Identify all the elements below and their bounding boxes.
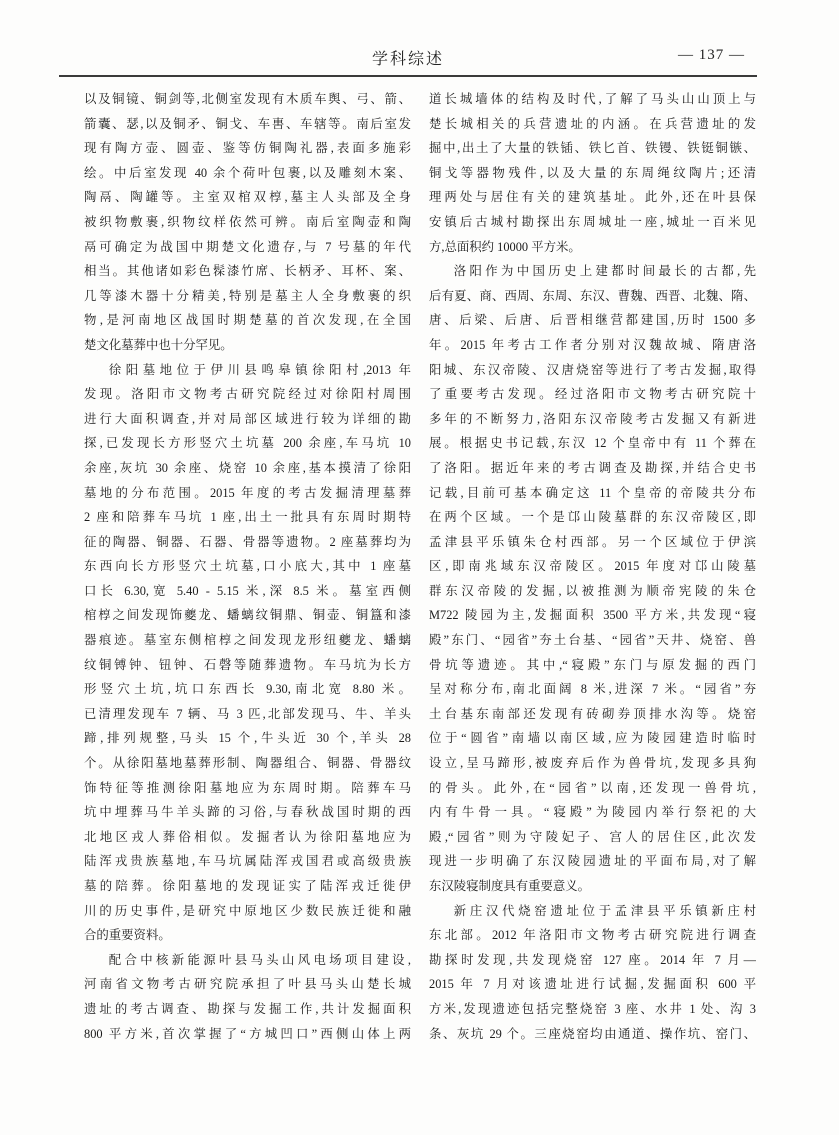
text-line: 掘中,出土了大量的铁锸、铁匕首、铁镘、铁铤铜镞、 [429,136,756,161]
text-line: 孟津县平乐镇朱仓村西部。另一个区域位于伊滨 [429,530,756,555]
journal-page: 学科综述 — 137 — 以及铜镜、铜剑等,北侧室发现有木质车舆、弓、箭、箭囊、… [0,0,839,1135]
text-line: 棺椁之间发现饰夔龙、蟠螭纹铜鼎、铜壶、铜簋和漆 [84,603,411,628]
text-line: 进行大面积调查,并对局部区域进行较为详细的勘 [84,407,411,432]
text-line: 个。从徐阳墓地墓葬形制、陶器组合、铜器、骨器纹 [84,751,411,776]
text-line: 洛阳作为中国历史上建都时间最长的古都,先 [429,259,756,284]
text-line: 楚文化墓葬中也十分罕见。 [84,333,411,358]
text-line: 2 座和陪葬车马坑 1 座,出土一批具有东周时期特 [84,505,411,530]
text-line: 合的重要资料。 [84,923,411,948]
text-line: 绘。中后室发现 40 余个荷叶包裹,以及雕刻木案、 [84,161,411,186]
text-line: 群东汉帝陵的发掘,以被推测为顺帝宪陵的朱仓 [429,579,756,604]
text-line: 北地区戎人葬俗相似。发掘者认为徐阳墓地应为 [84,825,411,850]
text-line: 呈对称分布,南北面阔 8 米,进深 7 米。“园省”夯 [429,677,756,702]
text-line: 陆浑戎贵族墓地,车马坑属陆浑戎国君或高级贵族 [84,849,411,874]
text-line: 东西向长方形竖穴土坑墓,口小底大,其中 1 座墓 [84,554,411,579]
left-text-column: 以及铜镜、铜剑等,北侧室发现有木质车舆、弓、箭、箭囊、瑟,以及铜矛、铜戈、车軎、… [84,87,411,1046]
text-line: 陶鬲、陶罐等。主室双棺双椁,墓主人头部及全身 [84,185,411,210]
text-line: 位于“圆省”南墙以南区域,应为陵园建造时临时 [429,726,756,751]
page-number: — 137 — [678,47,745,64]
text-line: 探,已发现长方形竖穴土坑墓 200 余座,车马坑 10 [84,431,411,456]
text-line: 年。2015 年考古工作者分别对汉魏故城、隋唐洛 [429,333,756,358]
text-line: 在两个区域。一个是邙山陵墓群的东汉帝陵区,即 [429,505,756,530]
text-line: 殿”东门、“园省”夯土台基、“园省”天井、烧窑、兽 [429,628,756,653]
text-line: 条、灰坑 29 个。三座烧窑均由通道、操作坑、窑门、 [429,1022,756,1047]
text-line: 记载,目前可基本确定这 11 个皇帝的帝陵共分布 [429,481,756,506]
text-line: 鬲可确定为战国中期楚文化遗存,与 7 号墓的年代 [84,235,411,260]
text-columns: 以及铜镜、铜剑等,北侧室发现有木质车舆、弓、箭、箭囊、瑟,以及铜矛、铜戈、车軎、… [84,87,756,1046]
text-line: 墓的陪葬。徐阳墓地的发现证实了陆浑戎迁徙伊 [84,874,411,899]
text-line: 多年的不断努力,洛阳东汉帝陵考古发掘又有新进 [429,407,756,432]
text-line: 纹铜镈钟、钮钟、石磬等随葬遗物。车马坑为长方 [84,653,411,678]
text-line: 已清理发现车 7 辆、马 3 匹,北部发现马、牛、羊头 [84,702,411,727]
text-line: 箭囊、瑟,以及铜矛、铜戈、车軎、车辖等。南后室发 [84,112,411,137]
text-line: 阳城、东汉帝陵、汉唐烧窑等进行了考古发掘,取得 [429,358,756,383]
text-line: 余座,灰坑 30 余座、烧窑 10 余座,基本摸清了徐阳 [84,456,411,481]
text-line: 方,总面积约 10000 平方米。 [429,235,756,260]
text-line: 理两处与居住有关的建筑基址。此外,还在叶县保 [429,185,756,210]
text-line: 东汉陵寝制度具有重要意义。 [429,874,756,899]
text-line: 设立,呈马蹄形,被废弃后作为兽骨坑,发现多具狗 [429,751,756,776]
text-line: 川的历史事件,是研究中原地区少数民族迁徙和融 [84,899,411,924]
text-line: 器痕迹。墓室东侧棺椁之间发现龙形纽夔龙、蟠螭 [84,628,411,653]
text-line: 800 平方米,首次掌握了“方城凹口”西侧山体上两 [84,1022,411,1047]
text-line: 安镇后古城村勘探出东周城址一座,城址一百米见 [429,210,756,235]
text-line: 发现。洛阳市文物考古研究院经过对徐阳村周围 [84,382,411,407]
text-line: 相当。其他诸如彩色髹漆竹席、长柄矛、耳杯、案、 [84,259,411,284]
text-line: 勘探时发现,共发现烧窑 127 座。2014 年 7 月— [429,948,756,973]
text-line: 展。根据史书记载,东汉 12 个皇帝中有 11 个葬在 [429,431,756,456]
running-head-section-title: 学科综述 [59,46,757,69]
text-line: 被织物敷裹,织物纹样依然可辨。南后室陶壶和陶 [84,210,411,235]
text-line: 的骨头。此外,在“园省”以南,还发现一兽骨坑, [429,776,756,801]
text-line: 徐阳墓地位于伊川县鸣皋镇徐阳村,2013 年 [84,358,411,383]
text-line: 骨坑等遗迹。其中,“寝殿”东门与原发掘的西门 [429,653,756,678]
text-line: 土台基东南部还发现有砖砌券顶排水沟等。烧窑 [429,702,756,727]
text-line: 征的陶器、铜器、石器、骨器等遗物。2 座墓葬均为 [84,530,411,555]
text-line: 道长城墙体的结构及时代,了解了马头山山顶上与 [429,87,756,112]
text-line: 了洛阳。据近年来的考古调查及勘探,并结合史书 [429,456,756,481]
text-line: 蹄,排列规整,马头 15 个,牛头近 30 个,羊头 28 [84,726,411,751]
text-line: 了重要考古发现。经过洛阳市文物考古研究院十 [429,382,756,407]
header-rule-divider [59,75,757,77]
text-line: 新庄汉代烧窑遗址位于孟津县平乐镇新庄村 [429,899,756,924]
text-line: 现进一步明确了东汉陵园遗址的平面布局,对了解 [429,849,756,874]
text-line: 几等漆木器十分精美,特别是墓主人全身敷裹的织 [84,284,411,309]
text-line: 形竖穴土坑,坑口东西长 9.30,南北宽 8.80 米。 [84,677,411,702]
text-line: 唐、后梁、后唐、后晋相继营都建国,历时 1500 多 [429,308,756,333]
text-line: 遗址的考古调查、勘探与发掘工作,共计发掘面积 [84,997,411,1022]
text-line: M722 陵园为主,发掘面积 3500 平方米,共发现“寝 [429,603,756,628]
text-line: 物,是河南地区战国时期楚墓的首次发现,在全国 [84,308,411,333]
text-line: 坑中埋葬马牛羊头蹄的习俗,与春秋战国时期的西 [84,800,411,825]
text-line: 区,即南兆域东汉帝陵区。2015 年度对邙山陵墓 [429,554,756,579]
page-header: 学科综述 — 137 — [59,46,757,70]
text-line: 后有夏、商、西周、东周、东汉、曹魏、西晋、北魏、隋、 [429,284,756,309]
right-text-column: 道长城墙体的结构及时代,了解了马头山山顶上与楚长城相关的兵营遗址的内涵。在兵营遗… [429,87,756,1046]
text-line: 墓地的分布范围。2015 年度的考古发掘清理墓葬 [84,481,411,506]
text-line: 配合中核新能源叶县马头山风电场项目建设, [84,948,411,973]
text-line: 铜戈等器物残件,以及大量的东周绳纹陶片;还清 [429,161,756,186]
text-line: 河南省文物考古研究院承担了叶县马头山楚长城 [84,972,411,997]
text-line: 殿,“园省”则为守陵妃子、宫人的居住区,此次发 [429,825,756,850]
text-line: 饰特征等推测徐阳墓地应为东周时期。陪葬车马 [84,776,411,801]
text-line: 以及铜镜、铜剑等,北侧室发现有木质车舆、弓、箭、 [84,87,411,112]
text-line: 2015 年 7 月对该遗址进行试掘,发掘面积 600 平 [429,972,756,997]
text-line: 内有牛骨一具。“寝殿”为陵园内举行祭祀的大 [429,800,756,825]
text-line: 东北部。2012 年洛阳市文物考古研究院进行调查 [429,923,756,948]
text-line: 方米,发现遗迹包括完整烧窑 3 座、水井 1 处、沟 3 [429,997,756,1022]
text-line: 口长 6.30,宽 5.40 - 5.15 米,深 8.5 米。墓室西侧 [84,579,411,604]
text-line: 现有陶方壶、圆壶、鉴等仿铜陶礼器,表面多施彩 [84,136,411,161]
text-line: 楚长城相关的兵营遗址的内涵。在兵营遗址的发 [429,112,756,137]
